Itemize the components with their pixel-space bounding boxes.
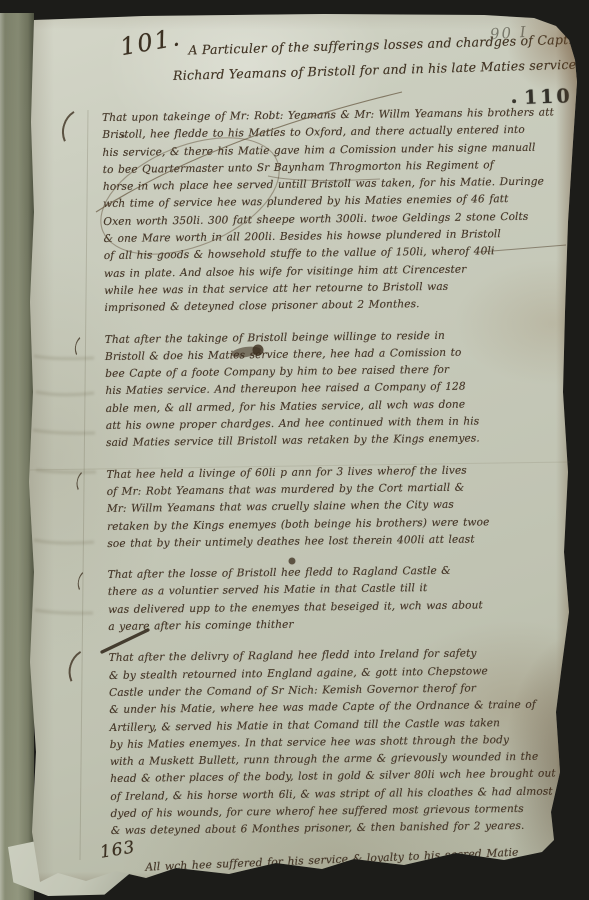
manuscript-paragraph: That after the takinge of Bristoll being… <box>105 326 578 453</box>
manuscript-paragraph: That after the delivry of Ragland hee fl… <box>109 645 583 841</box>
manuscript-body: That upon takeinge of Mr: Robt: Yeamans … <box>102 104 583 867</box>
paragraph-flourish-mark <box>72 330 104 365</box>
paragraphs: That upon takeinge of Mr: Robt: Yeamans … <box>102 104 583 840</box>
paragraph-flourish-mark <box>74 465 106 500</box>
manuscript-paragraph: That hee held a livinge of 60li p ann fo… <box>106 461 579 553</box>
manuscript-paragraph: That upon takeinge of Mr: Robt: Yeamans … <box>102 104 577 317</box>
document-title: A Particuler of the sufferings losses an… <box>172 27 583 88</box>
manuscript-photo: { "page_numbers": { "top_left": "101.", … <box>0 0 589 900</box>
paragraph-flourish-mark <box>57 104 106 157</box>
paragraph-flourish-mark <box>63 644 112 697</box>
manuscript-page: 101. 90 I 110 163 A Particuler of the su… <box>24 12 580 900</box>
closing-line: All wch hee suffered for his service & l… <box>145 843 583 874</box>
underlying-page-edge <box>0 13 34 900</box>
paragraph-flourish-mark <box>75 566 107 601</box>
manuscript-paragraph: That after the losse of Bristoll hee fle… <box>108 561 581 636</box>
